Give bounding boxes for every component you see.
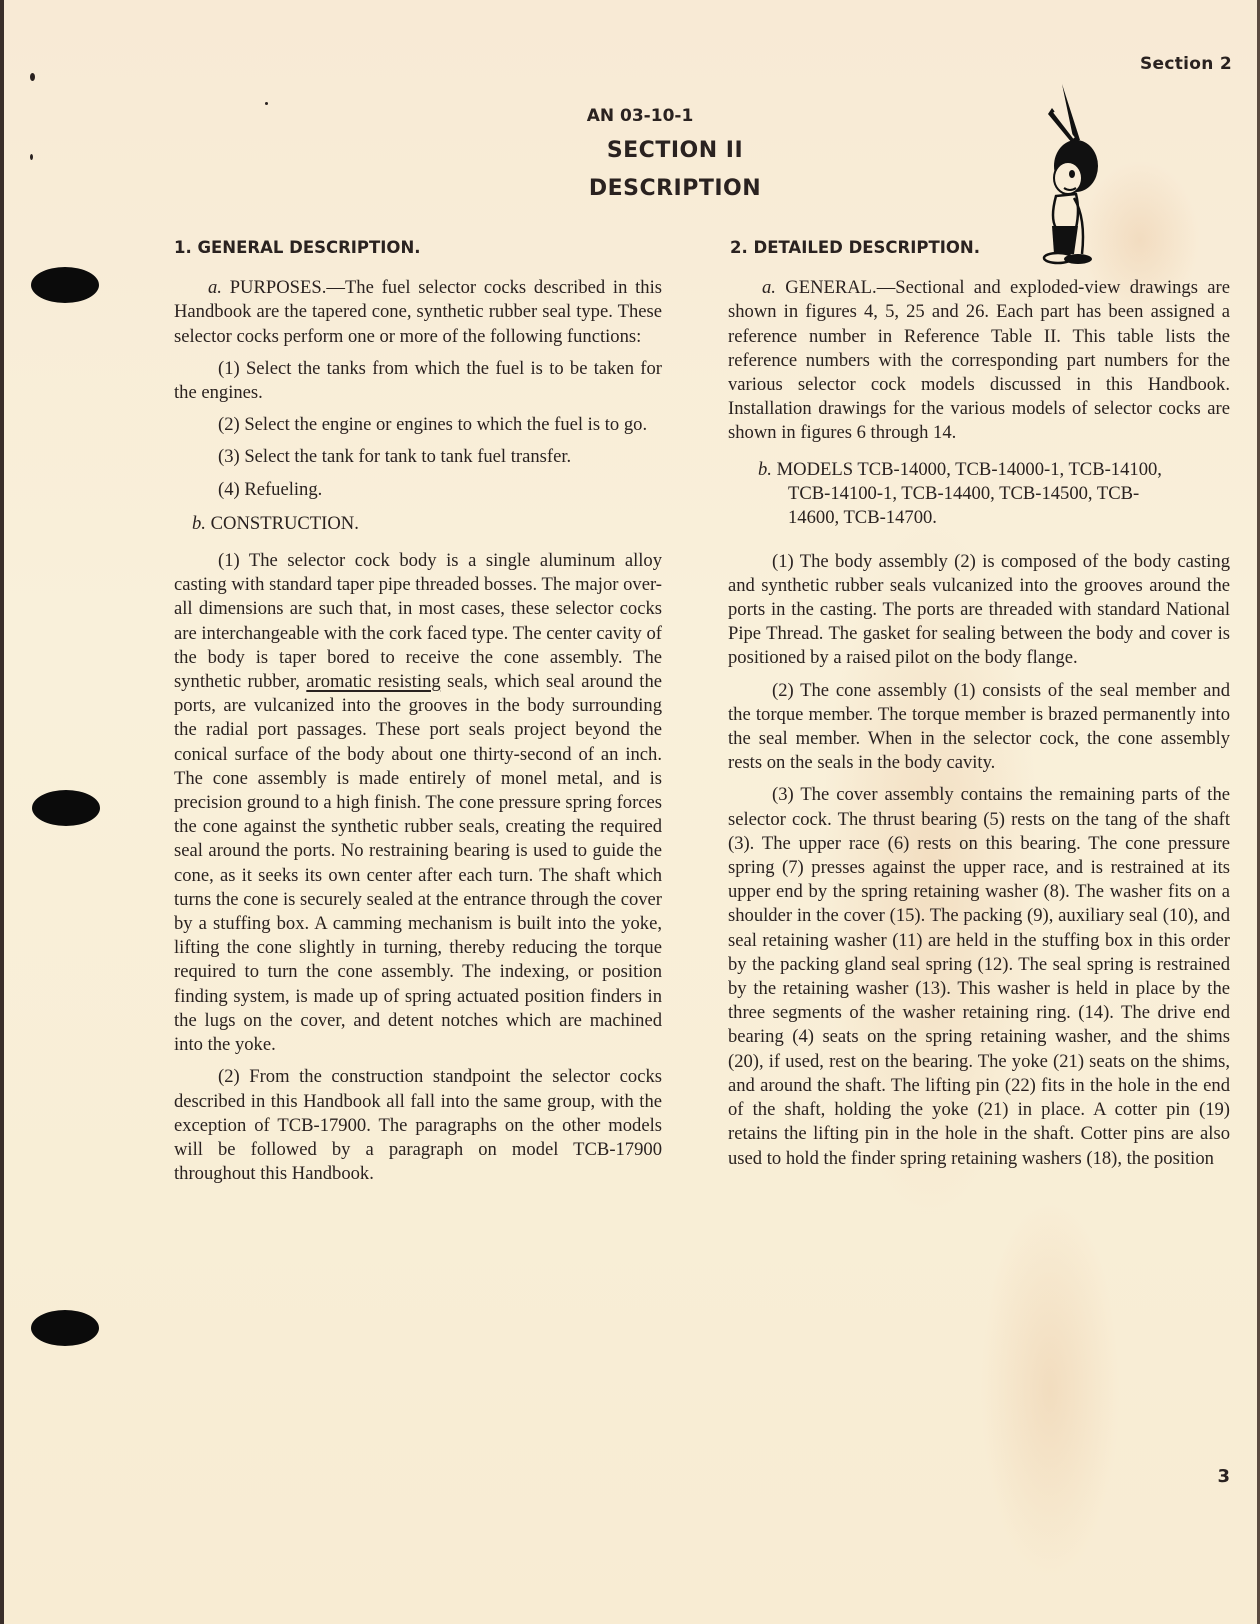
page-edge-left [0, 0, 4, 1624]
paragraph-label: a. [762, 277, 776, 298]
list-item: (4) Refueling. [174, 478, 662, 502]
speck [265, 102, 268, 105]
water-stain [980, 1200, 1120, 1580]
document-page: Section 2 AN 03-10-1 SECTION II DESCRIPT… [0, 0, 1260, 1624]
punch-hole [32, 790, 100, 826]
paragraph-construction-1: (1) The selector cock body is a single a… [174, 549, 662, 1057]
paragraph-text: —Sectional and exploded-view drawings ar… [728, 277, 1230, 443]
right-column: 2. DETAILED DESCRIPTION. a. GENERAL.—Sec… [728, 236, 1230, 1179]
left-column: 1. GENERAL DESCRIPTION. a. PURPOSES.—The… [174, 236, 662, 1194]
list-item: (1) Select the tanks from which the fuel… [174, 357, 662, 405]
punch-hole [31, 267, 99, 303]
text-span: seals, which seal around the ports, are … [174, 671, 662, 1055]
paragraph-title: PURPOSES. [230, 277, 327, 298]
list-item: (3) Select the tank for tank to tank fue… [174, 445, 662, 469]
paragraph-title: CONSTRUCTION. [211, 513, 359, 534]
paragraph-cover-assembly: (3) The cover assembly contains the rema… [728, 783, 1230, 1170]
subheading-construction: b. CONSTRUCTION. [174, 512, 662, 536]
paragraph-general: a. GENERAL.—Sectional and exploded-view … [728, 276, 1230, 445]
heading-detailed-description: 2. DETAILED DESCRIPTION. [730, 236, 1230, 260]
subheading-models: b. MODELS TCB-14000, TCB-14000-1, TCB-14… [728, 458, 1230, 530]
paragraph-title: MODELS TCB-14000, TCB-14000-1, TCB-14100… [777, 459, 1162, 528]
punch-hole [31, 1310, 99, 1346]
heading-general-description: 1. GENERAL DESCRIPTION. [174, 236, 662, 260]
paragraph-construction-2: (2) From the construction standpoint the… [174, 1065, 662, 1186]
list-item: (2) Select the engine or engines to whic… [174, 413, 662, 437]
paragraph-body-assembly: (1) The body assembly (2) is composed of… [728, 550, 1230, 671]
paragraph-label: a. [208, 277, 222, 298]
paragraph-title: GENERAL. [785, 277, 876, 298]
section-label: Section 2 [1140, 54, 1232, 74]
paragraph-cone-assembly: (2) The cone assembly (1) consists of th… [728, 679, 1230, 776]
paragraph-label: b. [192, 513, 206, 534]
paragraph-purposes: a. PURPOSES.—The fuel selector cocks des… [174, 276, 662, 349]
underlined-text: aromatic resisting [306, 671, 440, 692]
paragraph-label: b. [758, 459, 772, 480]
speck [30, 73, 35, 81]
page-number: 3 [1217, 1466, 1230, 1487]
